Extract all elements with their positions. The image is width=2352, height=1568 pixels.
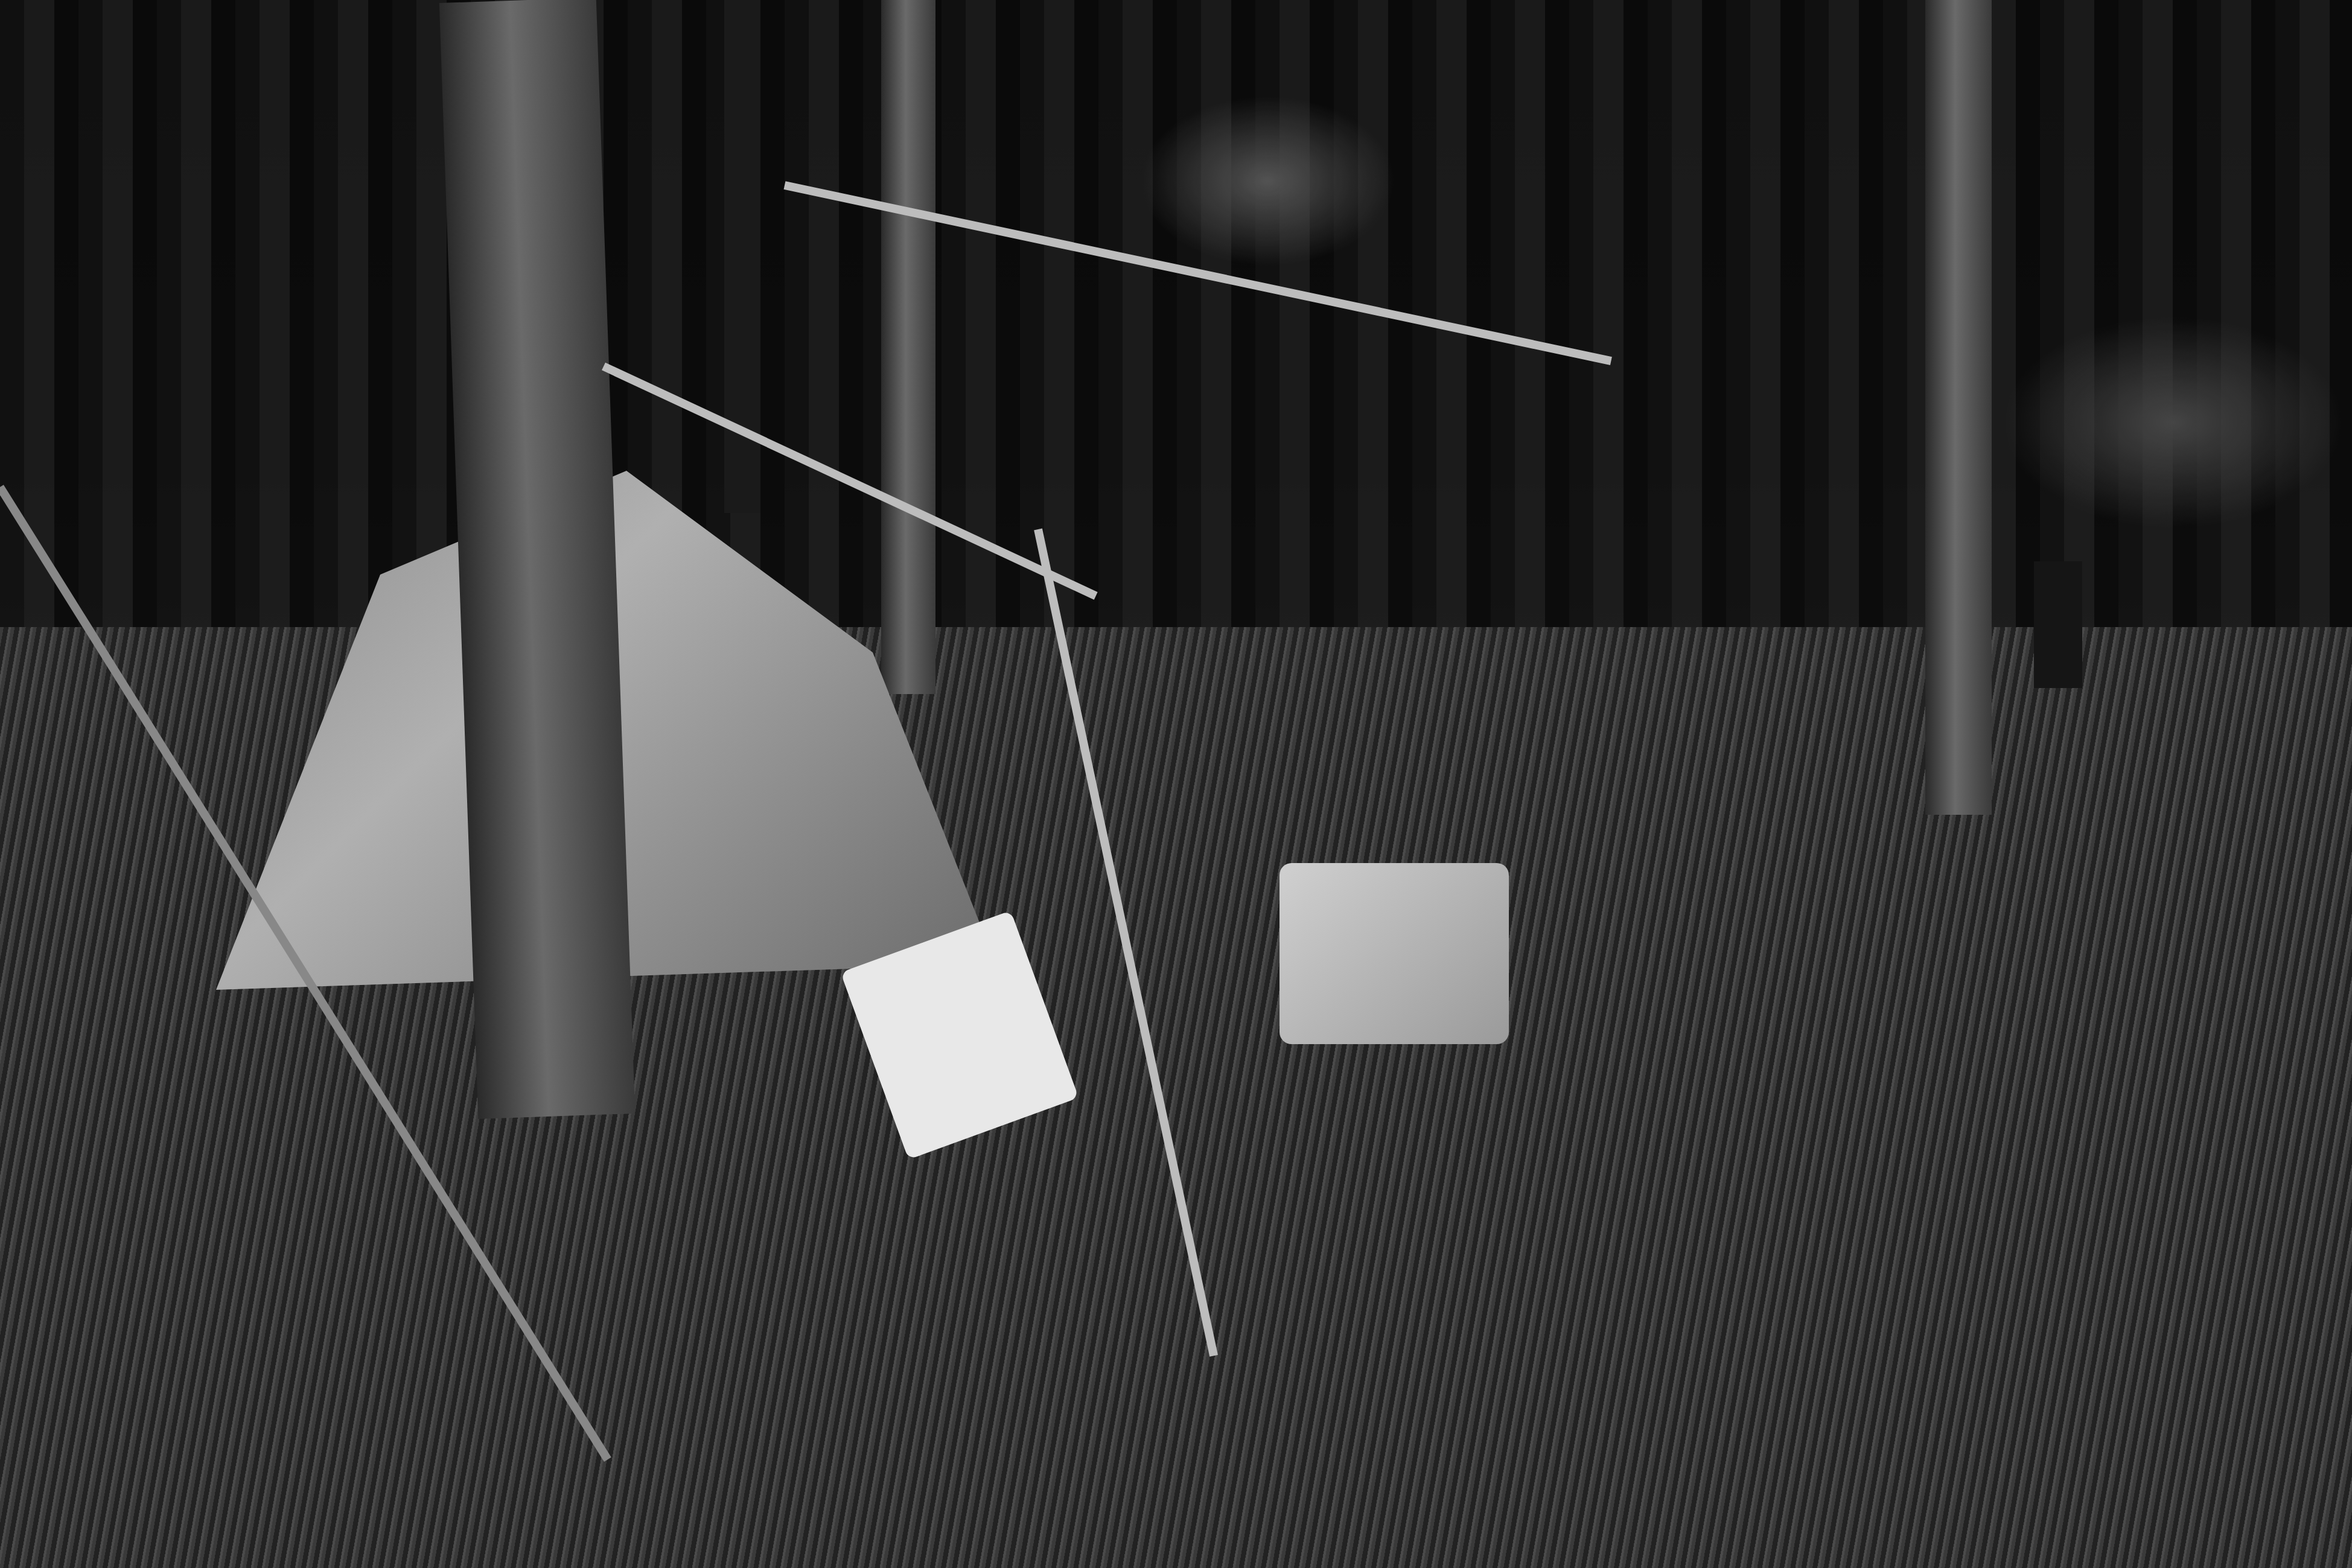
background-tree-trunk: [881, 0, 935, 694]
plastic-bag: [1280, 863, 1509, 1044]
hanging-cloth: [2034, 561, 2082, 688]
background-tree-trunk: [1925, 0, 1992, 815]
forest-campsite-photo: [0, 0, 2352, 1568]
forest-canopy: [0, 0, 2352, 658]
